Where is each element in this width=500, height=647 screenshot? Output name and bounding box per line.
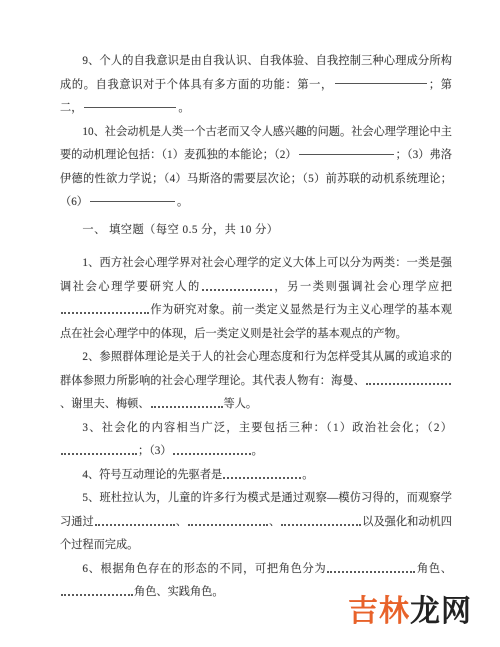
- text-run: 。: [178, 102, 189, 114]
- blank-dotted: [223, 475, 301, 479]
- blank-dotted: [327, 569, 415, 573]
- watermark-logo: 吉林龙网: [348, 597, 472, 627]
- blank-dotted: [366, 381, 451, 385]
- blank-dotted: [173, 451, 251, 455]
- text-run: 。: [302, 469, 313, 481]
- text-run: 角色、: [416, 563, 452, 575]
- text-run: ，另一类则强调社会心理学应把: [273, 281, 452, 293]
- blank-underline: [84, 105, 176, 108]
- blank-dotted: [281, 522, 361, 526]
- paragraph-q1: 1、西方社会心理学界对社会心理学的定义大体上可以分为两类：一类是强调社会心理学要…: [60, 252, 452, 346]
- paragraph-q10: 10、社会动机是人类一个古老而又令人感兴趣的问题。社会心理学理论中主要的动机理论…: [60, 121, 452, 215]
- section-header-fill-in: 一、 填空题（每空 0.5 分，共 10 分）: [60, 219, 452, 243]
- text-run: 、谢里夫、梅顿、: [60, 398, 150, 410]
- blank-underline: [335, 81, 427, 84]
- text-run: 9、个人的自我意识是由自我认识、自我体验、自我控制三种心理成分所构成的。自我意识…: [60, 55, 452, 91]
- text-run: 。: [177, 196, 188, 208]
- blank-underline: [299, 152, 394, 155]
- blank-dotted: [61, 592, 133, 596]
- paragraph-q3: 3、社会化的内容相当广泛，主要包括三种：（1）政治社会化；（2）；（3）。: [60, 417, 452, 464]
- watermark-left-text: 吉林: [348, 595, 410, 628]
- paragraph-q4: 4、符号互动理论的先驱者是。: [60, 464, 452, 488]
- text-run: 、: [269, 516, 280, 528]
- scanned-exam-page: 9、个人的自我意识是由自我认识、自我体验、自我控制三种心理成分所构成的。自我意识…: [0, 0, 500, 647]
- watermark-right-text: 龙网: [410, 595, 472, 628]
- paragraph-q2: 2、参照群体理论是关于人的社会心理态度和行为怎样受其从属的或追求的群体参照力所影…: [60, 346, 452, 417]
- blank-dotted: [151, 404, 223, 408]
- text-run: 4、符号互动理论的先驱者是: [82, 469, 222, 481]
- text-run: 一、 填空题（每空 0.5 分，共 10 分）: [82, 224, 278, 236]
- paragraph-q5: 5、班杜拉认为，儿童的许多行为模式是通过观察—模仿习得的，而观察学习通过、、以及…: [60, 487, 452, 558]
- text-run: 10、社会动机是人类一个古老而又令人感兴趣的问题。社会心理学理论中主要的动机理论…: [60, 126, 452, 162]
- blank-dotted: [61, 451, 137, 455]
- blank-dotted: [188, 522, 268, 526]
- text-run: 等人。: [224, 398, 258, 410]
- blank-underline: [90, 199, 175, 202]
- blank-dotted: [95, 522, 175, 526]
- blank-dotted: [61, 310, 149, 314]
- document-body: 9、个人的自我意识是由自我认识、自我体验、自我控制三种心理成分所构成的。自我意识…: [60, 50, 452, 605]
- text-run: 。: [252, 445, 263, 457]
- text-run: 角色、实践角色。: [134, 586, 224, 598]
- paragraph-q9: 9、个人的自我意识是由自我认识、自我体验、自我控制三种心理成分所构成的。自我意识…: [60, 50, 452, 121]
- text-run: 6、根据角色存在的形态的不同，可把角色分为: [82, 563, 326, 575]
- text-run: 、: [176, 516, 187, 528]
- text-run: ；（3）: [138, 445, 172, 457]
- text-run: 3、社会化的内容相当广泛，主要包括三种：（1）政治社会化；（2）: [82, 422, 452, 434]
- blank-dotted: [202, 287, 272, 291]
